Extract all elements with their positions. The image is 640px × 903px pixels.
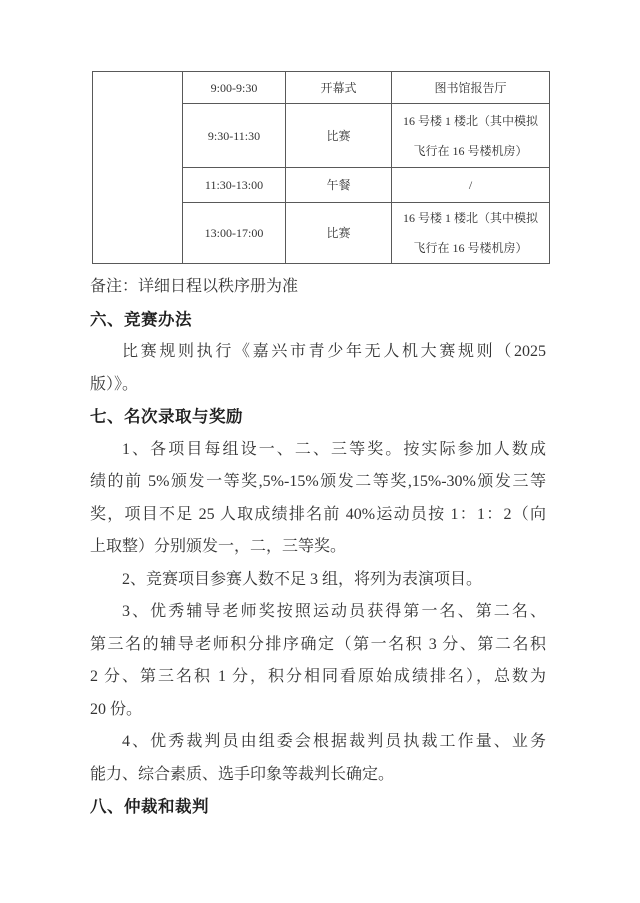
paragraph-line: 1、各项目每组设一、二、三等奖。按实际参加人数成	[90, 434, 546, 467]
paragraph-line: 绩的前 5%颁发一等奖,5%-15%颁发二等奖,15%-30%颁发三等	[90, 466, 546, 499]
paragraph-line: 能力、综合素质、选手印象等裁判长确定。	[90, 759, 546, 792]
paragraph-line: 上取整）分别颁发一，二，三等奖。	[90, 531, 546, 564]
event-cell: 比赛	[286, 203, 392, 264]
paragraph-line: 2、竞赛项目参赛人数不足 3 组，将列为表演项目。	[90, 564, 546, 597]
time-cell: 11:30-13:00	[183, 168, 286, 203]
paragraph-line: 奖，项目不足 25 人取成绩排名前 40%运动员按 1：1：2（向	[90, 499, 546, 532]
paragraph-line: 3、优秀辅导老师奖按照运动员获得第一名、第二名、	[90, 596, 546, 629]
event-cell: 比赛	[286, 104, 392, 168]
time-cell: 9:00-9:30	[183, 72, 286, 104]
paragraph-line: 第三名的辅导老师积分排序确定（第一名积 3 分、第二名积	[90, 629, 546, 662]
remark-line: 备注：详细日程以秩序册为准	[90, 271, 546, 304]
location-cell: /	[392, 168, 550, 203]
table-row: 9:00-9:30 开幕式 图书馆报告厅	[93, 72, 550, 104]
event-cell: 开幕式	[286, 72, 392, 104]
event-cell: 午餐	[286, 168, 392, 203]
section-6-heading: 六、竞赛办法	[90, 304, 546, 337]
location-cell: 图书馆报告厅	[392, 72, 550, 104]
location-cell: 16 号楼 1 楼北（其中模拟飞行在 16 号楼机房）	[392, 203, 550, 264]
paragraph-line: 2 分、第三名积 1 分，积分相同看原始成绩排名），总数为	[90, 661, 546, 694]
paragraph-line: 比赛规则执行《嘉兴市青少年无人机大赛规则（2025	[90, 336, 546, 369]
paragraph-line: 版）》。	[90, 369, 546, 402]
location-cell: 16 号楼 1 楼北（其中模拟飞行在 16 号楼机房）	[392, 104, 550, 168]
paragraph-line: 20 份。	[90, 694, 546, 727]
blank-cell	[93, 72, 183, 264]
section-7-heading: 七、名次录取与奖励	[90, 401, 546, 434]
time-cell: 9:30-11:30	[183, 104, 286, 168]
document-page: 9:00-9:30 开幕式 图书馆报告厅 9:30-11:30 比赛 16 号楼…	[0, 0, 640, 903]
section-8-heading: 八、仲裁和裁判	[90, 791, 546, 824]
schedule-table: 9:00-9:30 开幕式 图书馆报告厅 9:30-11:30 比赛 16 号楼…	[92, 71, 550, 264]
paragraph-line: 4、优秀裁判员由组委会根据裁判员执裁工作量、业务	[90, 726, 546, 759]
document-body: 备注：详细日程以秩序册为准 六、竞赛办法 比赛规则执行《嘉兴市青少年无人机大赛规…	[90, 271, 546, 824]
time-cell: 13:00-17:00	[183, 203, 286, 264]
